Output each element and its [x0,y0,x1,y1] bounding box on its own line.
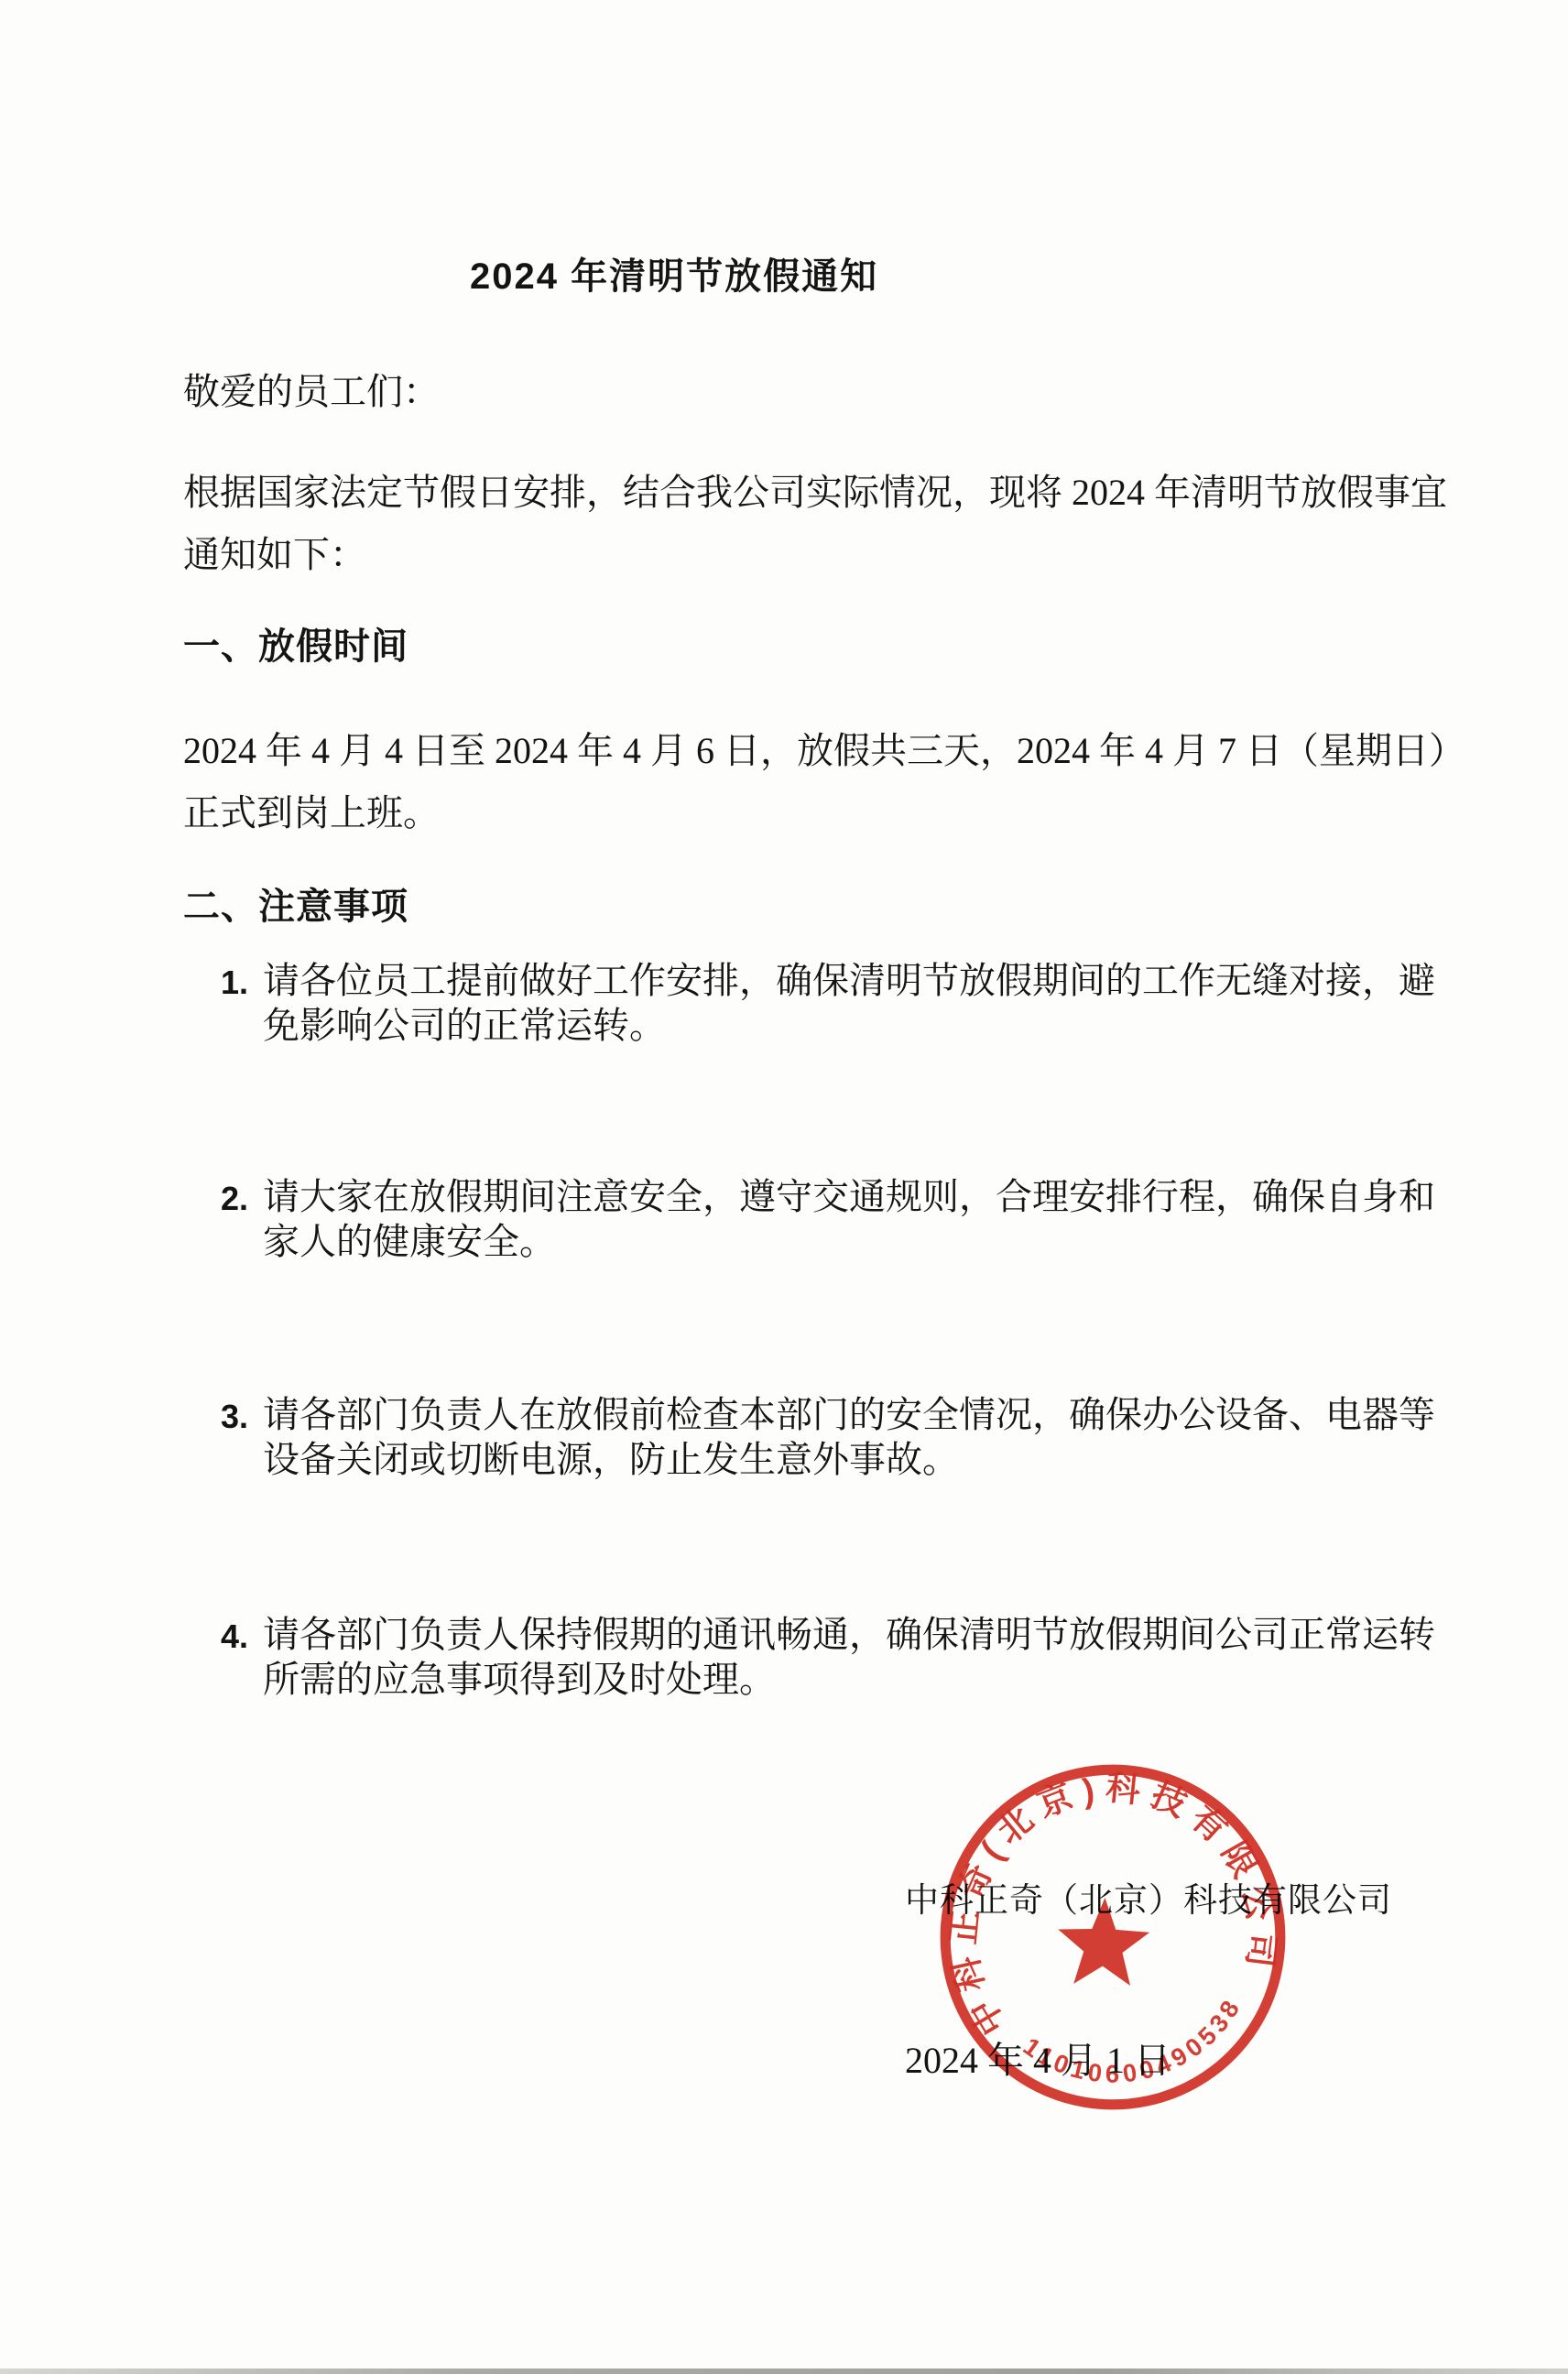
section-1-line: 正式到岗上班。 [183,782,1465,844]
section-2-heading: 二、注意事项 [183,877,408,930]
intro-line: 通知如下： [183,524,1447,586]
list-item-line: 请大家在放假期间注意安全，遵守交通规则，合理安排行程，确保自身和 [263,1174,1435,1219]
section-1-body: 2024 年 4 月 4 日至 2024 年 4 月 6 日，放假共三天，202… [183,720,1465,844]
list-item-line: 免影响公司的正常运转。 [263,1003,1435,1048]
section-1-line: 2024 年 4 月 4 日至 2024 年 4 月 6 日，放假共三天，202… [183,720,1465,782]
list-item-4: 4. 请各部门负责人保持假期的通讯畅通，确保清明节放假期间公司正常运转 所需的应… [263,1612,1435,1702]
seal-ring-text: 中科正奇(北京)科技有限公司 [913,1737,1293,2045]
intro-paragraph: 根据国家法定节假日安排，结合我公司实际情况，现将 2024 年清明节放假事宜 通… [183,462,1447,586]
company-seal-stamp: 中科正奇(北京)科技有限公司 11010600490538 [893,1717,1332,2156]
seal-star [1056,1896,1150,1986]
section-1-heading: 一、放假时间 [183,617,408,670]
list-item-number: 3. [221,1394,248,1439]
list-item-line: 请各部门负责人在放假前检查本部门的安全情况，确保办公设备、电器等 [263,1392,1435,1437]
list-item-line: 请各位员工提前做好工作安排，确保清明节放假期间的工作无缝对接，避 [263,958,1435,1003]
intro-line: 根据国家法定节假日安排，结合我公司实际情况，现将 2024 年清明节放假事宜 [183,462,1447,524]
page-title: 2024 年清明节放假通知 [470,247,878,299]
list-item-line: 所需的应急事项得到及时处理。 [263,1657,1435,1702]
list-item-2: 2. 请大家在放假期间注意安全，遵守交通规则，合理安排行程，确保自身和 家人的健… [263,1174,1435,1264]
scanner-edge-line [0,2369,1568,2374]
greeting: 敬爱的员工们： [183,363,440,415]
list-item-1: 1. 请各位员工提前做好工作安排，确保清明节放假期间的工作无缝对接，避 免影响公… [263,958,1435,1048]
list-item-line: 设备关闭或切断电源，防止发生意外事故。 [263,1437,1435,1482]
list-item-number: 4. [221,1614,248,1659]
list-item-line: 请各部门负责人保持假期的通讯畅通，确保清明节放假期间公司正常运转 [263,1612,1435,1657]
list-item-number: 1. [221,960,248,1005]
list-item-number: 2. [221,1176,248,1221]
holiday-notice-page: 2024 年清明节放假通知 敬爱的员工们： 根据国家法定节假日安排，结合我公司实… [0,0,1568,2374]
list-item-3: 3. 请各部门负责人在放假前检查本部门的安全情况，确保办公设备、电器等 设备关闭… [263,1392,1435,1482]
list-item-line: 家人的健康安全。 [263,1219,1435,1264]
svg-text:中科正奇(北京)科技有限公司: 中科正奇(北京)科技有限公司 [913,1737,1293,2045]
